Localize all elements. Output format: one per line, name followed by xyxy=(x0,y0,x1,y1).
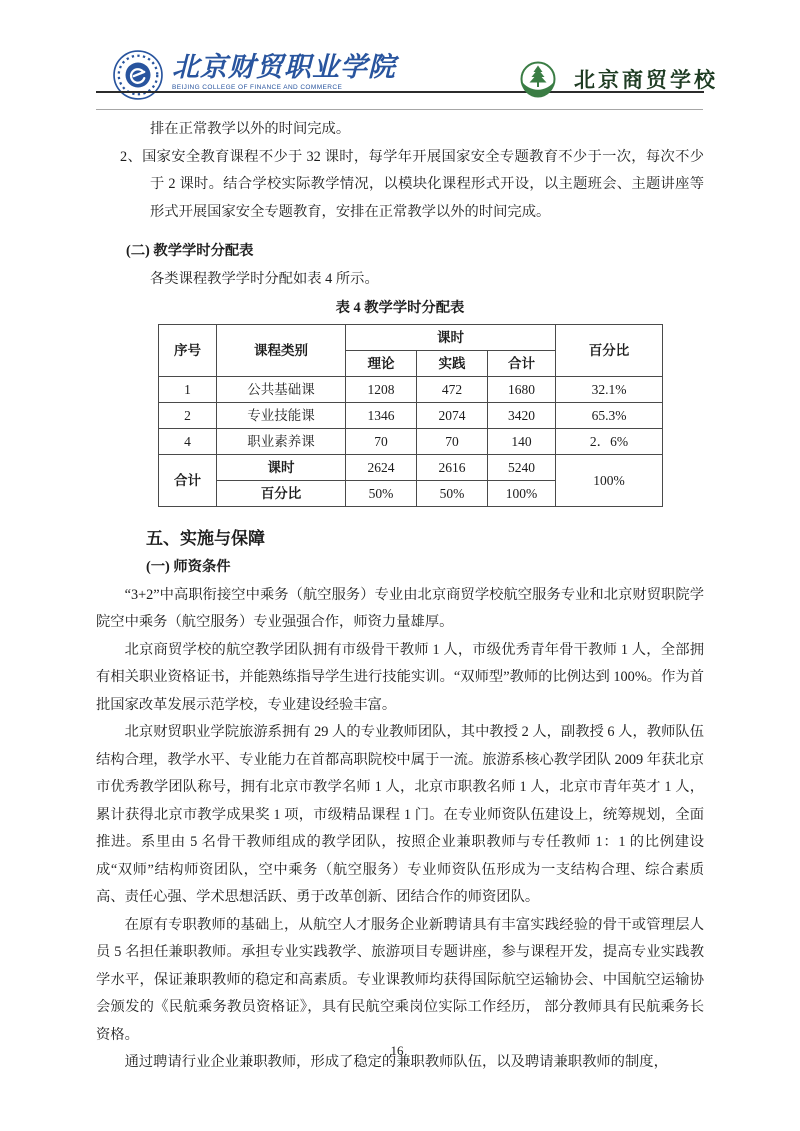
cell-practice: 472 xyxy=(417,377,488,403)
cell-subtotal: 140 xyxy=(488,429,556,455)
college-title-block: 北京财贸职业学院 BEIJING COLLEGE OF FINANCE AND … xyxy=(172,52,432,91)
paragraph: 在原有专职教师的基础上，从航空人才服务企业新聘请具有丰富实践经验的骨干或管理层人… xyxy=(96,912,704,1050)
page-header: 北京财贸职业学院 BEIJING COLLEGE OF FINANCE AND … xyxy=(0,0,800,112)
th-percent: 百分比 xyxy=(556,325,663,377)
cell-percent-label: 百分比 xyxy=(217,481,346,507)
college-name-en: BEIJING COLLEGE OF FINANCE AND COMMERCE xyxy=(172,84,432,91)
paragraph: 北京财贸职业学院旅游系拥有 29 人的专业教师团队，其中教授 2 人，副教授 6… xyxy=(96,719,704,912)
cell-category: 专业技能课 xyxy=(217,403,346,429)
item-text: 国家安全教育课程不少于 32 课时，每学年开展国家安全专题教育不少于一次，每次不… xyxy=(142,149,704,220)
th-category: 课程类别 xyxy=(217,325,346,377)
th-theory: 理论 xyxy=(346,351,417,377)
cell-hours-label: 课时 xyxy=(217,455,346,481)
cell-totals-label: 合计 xyxy=(159,455,217,507)
hours-allocation-table: 序号 课程类别 课时 百分比 理论 实践 合计 1 公共基础课 1208 472… xyxy=(158,324,663,507)
cell-serial: 4 xyxy=(159,429,217,455)
cell-practice: 2074 xyxy=(417,403,488,429)
table-totals-row-hours: 合计 课时 2624 2616 5240 100% xyxy=(159,455,663,481)
header-rule-light xyxy=(96,109,703,110)
cell-serial: 1 xyxy=(159,377,217,403)
cell-theory-percent: 50% xyxy=(346,481,417,507)
cell-serial: 2 xyxy=(159,403,217,429)
document-page: 北京财贸职业学院 BEIJING COLLEGE OF FINANCE AND … xyxy=(0,0,800,1131)
table-row: 4 职业素养课 70 70 140 2．6% xyxy=(159,429,663,455)
cell-theory: 70 xyxy=(346,429,417,455)
subsection-heading-faculty: (一) 师资条件 xyxy=(96,554,704,582)
cell-subtotal: 3420 xyxy=(488,403,556,429)
table-caption: 表 4 教学学时分配表 xyxy=(96,295,704,321)
cell-practice-percent: 50% xyxy=(417,481,488,507)
item-marker: 2、 xyxy=(120,149,142,165)
paragraph: “3+2”中高职衔接空中乘务（航空服务）专业由北京商贸学校航空服务专业和北京财贸… xyxy=(96,582,704,637)
cell-theory-total: 2624 xyxy=(346,455,417,481)
cell-practice-total: 2616 xyxy=(417,455,488,481)
cell-subtotal: 1680 xyxy=(488,377,556,403)
th-hours-group: 课时 xyxy=(346,325,556,351)
section-heading-implementation: 五、实施与保障 xyxy=(96,524,704,554)
cell-percent: 65.3% xyxy=(556,403,663,429)
cell-category: 公共基础课 xyxy=(217,377,346,403)
school-seal-icon xyxy=(516,59,560,103)
carryover-line: 排在正常教学以外的时间完成。 xyxy=(96,116,704,144)
college-name-cn: 北京财贸职业学院 xyxy=(172,52,432,82)
cell-category: 职业素养课 xyxy=(217,429,346,455)
table-header-row-1: 序号 课程类别 课时 百分比 xyxy=(159,325,663,351)
table-row: 1 公共基础课 1208 472 1680 32.1% xyxy=(159,377,663,403)
table-lead-sentence: 各类课程教学学时分配如表 4 所示。 xyxy=(96,266,704,294)
paragraph: 北京商贸学校的航空教学团队拥有市级骨干教师 1 人，市级优秀青年骨干教师 1 人… xyxy=(96,637,704,720)
th-serial: 序号 xyxy=(159,325,217,377)
cell-percent: 2．6% xyxy=(556,429,663,455)
cell-theory: 1346 xyxy=(346,403,417,429)
table-row: 2 专业技能课 1346 2074 3420 65.3% xyxy=(159,403,663,429)
numbered-item-2: 2、国家安全教育课程不少于 32 课时，每学年开展国家安全专题教育不少于一次，每… xyxy=(96,144,704,227)
th-subtotal: 合计 xyxy=(488,351,556,377)
cell-overall-percent: 100% xyxy=(556,455,663,507)
cell-percent: 32.1% xyxy=(556,377,663,403)
cell-subtotal-total: 5240 xyxy=(488,455,556,481)
school-name-cn: 北京商贸学校 xyxy=(574,64,718,94)
document-body: 排在正常教学以外的时间完成。 2、国家安全教育课程不少于 32 课时，每学年开展… xyxy=(96,116,704,1077)
page-number: 16 xyxy=(0,1043,794,1059)
cell-subtotal-percent: 100% xyxy=(488,481,556,507)
cell-practice: 70 xyxy=(417,429,488,455)
cell-theory: 1208 xyxy=(346,377,417,403)
section-heading-hours: (二) 教学学时分配表 xyxy=(96,238,704,266)
th-practice: 实践 xyxy=(417,351,488,377)
